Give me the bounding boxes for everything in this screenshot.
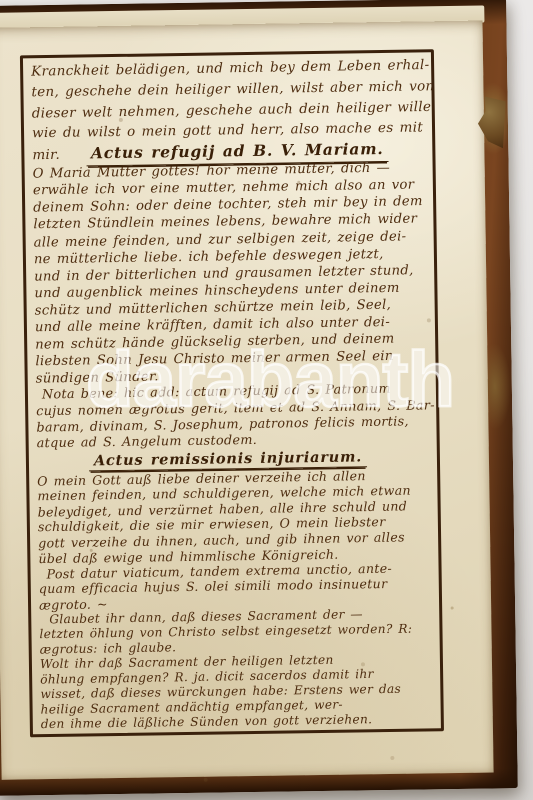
manuscript-section: O mein Gott auß liebe deiner verzeihe ic… (37, 467, 433, 566)
manuscript-section: Post datur viaticum, tandem extrema unct… (38, 560, 434, 612)
section-heading: Actus remissionis injuriarum. (89, 448, 367, 471)
manuscript-text: Kranckheit belädigen, und mich bey dem L… (23, 52, 441, 734)
manuscript-section: Nota bene: hic add: actum refugij ad S. … (36, 382, 432, 453)
manuscript-section: Glaubet ihr dann, daß dieses Sacrament d… (39, 606, 436, 732)
book-cover: Kranckheit belädigen, und mich bey dem L… (0, 0, 518, 796)
photo-background: Kranckheit belädigen, und mich bey dem L… (0, 0, 533, 800)
manuscript-section: Kranckheit belädigen, und mich bey dem L… (31, 55, 427, 144)
ruled-border: Kranckheit belädigen, und mich bey dem L… (20, 49, 444, 737)
book-page: Kranckheit belädigen, und mich bey dem L… (0, 21, 494, 780)
manuscript-line: mir. (32, 145, 60, 166)
manuscript-section: O Maria Mutter gottes! hör meine mutter,… (33, 160, 431, 388)
